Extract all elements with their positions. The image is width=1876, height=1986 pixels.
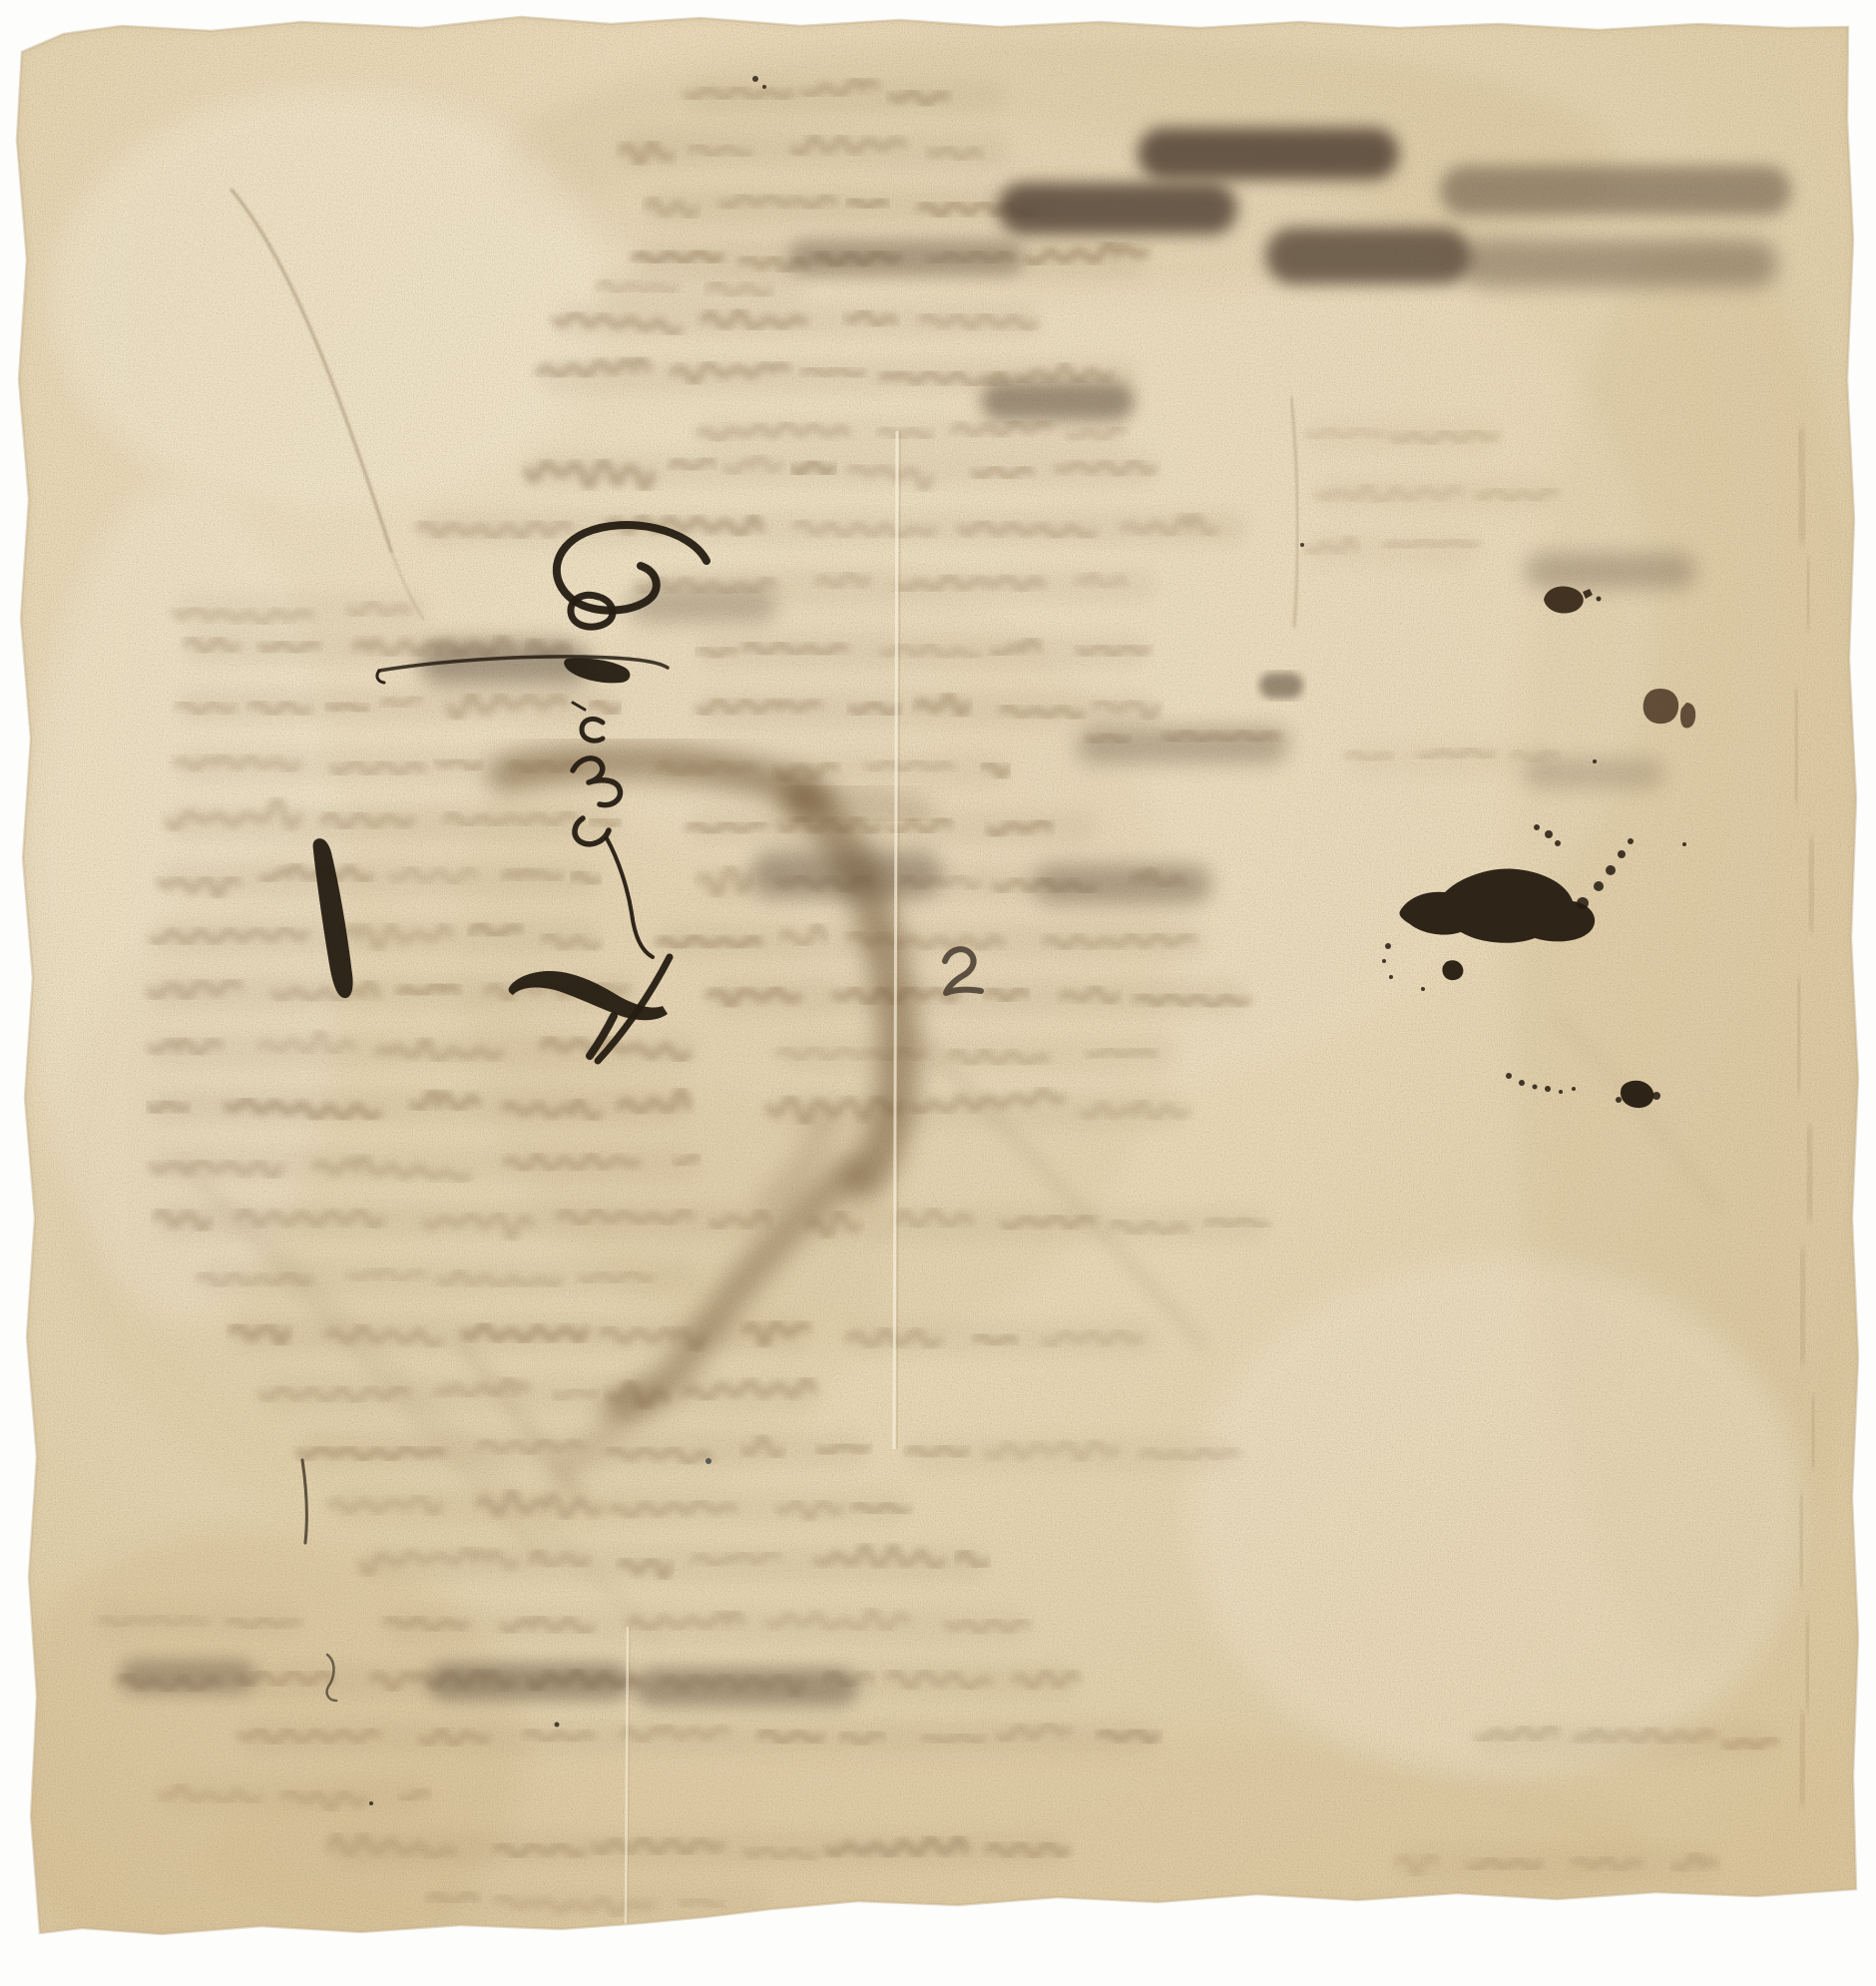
scanner-background — [0, 0, 1876, 1986]
manuscript-scan — [0, 0, 1876, 1986]
